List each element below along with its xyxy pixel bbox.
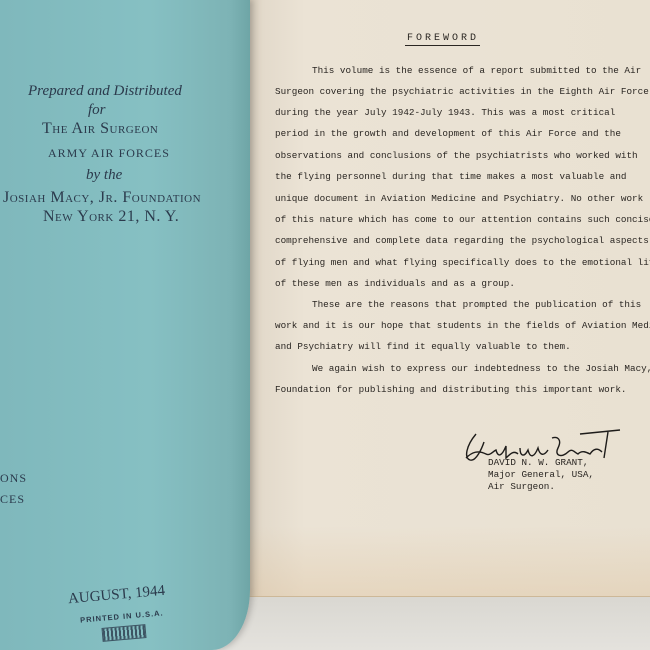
foreword-line: of these men as individuals and as a gro… xyxy=(275,278,515,289)
foreword-line: Foundation for publishing and distributi… xyxy=(275,384,626,395)
cover-cutoff-line: CES xyxy=(0,492,25,507)
cover-by-the: by the xyxy=(86,167,122,184)
cover-air-surgeon: The Air Surgeon xyxy=(42,120,158,138)
foreword-heading: FOREWORD xyxy=(405,33,480,46)
cover-prepared: Prepared and Distributed xyxy=(28,83,182,100)
signer-rank: Major General, USA, xyxy=(488,469,594,481)
foreword-line: of flying men and what flying specifical… xyxy=(275,257,650,268)
cover-army-air-forces: ARMY AIR FORCES xyxy=(48,146,170,161)
foreword-line: during the year July 1942-July 1943. Thi… xyxy=(275,107,615,118)
signature-block: DAVID N. W. GRANT, Major General, USA, A… xyxy=(488,457,594,493)
foreword-line: This volume is the essence of a report s… xyxy=(312,65,641,76)
foreword-line: the flying personnel during that time ma… xyxy=(275,171,626,182)
foreword-line: unique document in Aviation Medicine and… xyxy=(275,193,643,204)
foreword-line: observations and conclusions of the psyc… xyxy=(275,150,638,161)
cover-new-york: New York 21, N. Y. xyxy=(43,208,179,226)
cover-for: for xyxy=(88,102,106,119)
foreword-line: Surgeon covering the psychiatric activit… xyxy=(275,86,649,97)
cover-foundation: Josiah Macy, Jr. Foundation xyxy=(3,189,201,207)
foreword-line: We again wish to express our indebtednes… xyxy=(312,363,650,374)
signer-name: DAVID N. W. GRANT, xyxy=(488,457,594,469)
foreword-line: comprehensive and complete data regardin… xyxy=(275,235,649,246)
foreword-line: and Psychiatry will find it equally valu… xyxy=(275,341,571,352)
foreword-line: of this nature which has come to our att… xyxy=(275,214,650,225)
foreword-line: work and it is our hope that students in… xyxy=(275,320,650,331)
foreword-line: These are the reasons that prompted the … xyxy=(312,299,641,310)
foreword-line: period in the growth and development of … xyxy=(275,128,621,139)
signer-title: Air Surgeon. xyxy=(488,481,594,493)
cover-cutoff-line: ONS xyxy=(0,471,27,486)
